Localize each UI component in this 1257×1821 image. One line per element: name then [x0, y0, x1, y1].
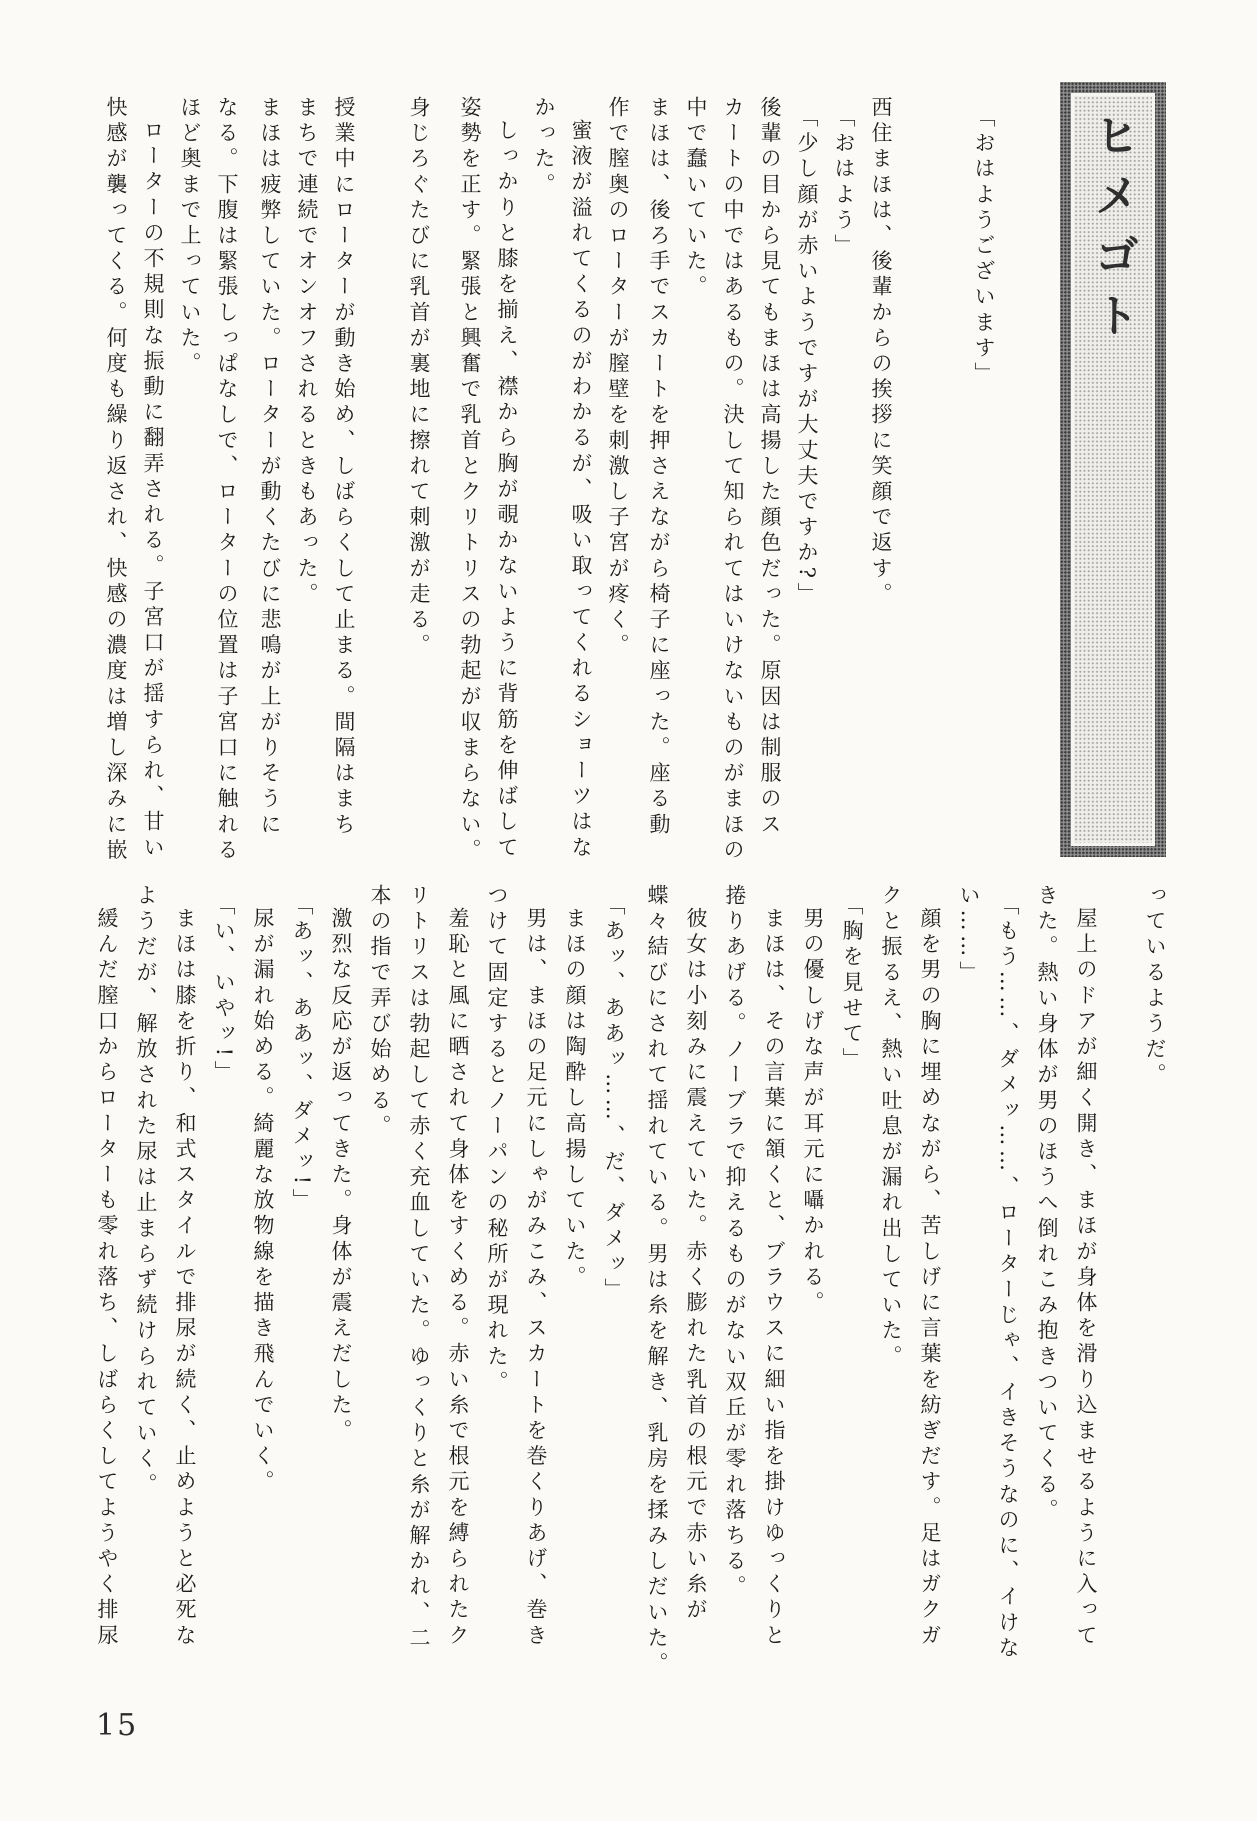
title-box-halftone-panel: ヒメゴト	[1071, 93, 1155, 846]
text-column: 蜜液が溢れてくるのがわかるが、吸い取ってくれるショーツはな	[562, 96, 599, 868]
text-column: ほど奥まで上っていた。	[171, 96, 208, 868]
page-title: ヒメゴト	[1081, 112, 1146, 352]
text-column: 「少し顔が赤いようですが大丈夫ですか?」	[788, 96, 825, 868]
text-column: 「もう……、ダメッ……、ローターじゃ、イきそうなのに、イけな	[988, 884, 1027, 1684]
text-column: 尿が漏れ始める。綺麗な放物線を描き飛んでいく。	[243, 884, 282, 1684]
text-column: まほは、後ろ手でスカートを押さえながら椅子に座った。座る動	[640, 96, 677, 868]
text-column: い……」	[949, 884, 988, 1684]
text-column: リトリスは勃起して赤く充血していた。ゆっくりと糸が解かれ、二	[399, 884, 438, 1684]
text-column: 蝶々結びにされて揺れている。男は糸を解き、乳房を揉みしだいた。	[637, 884, 676, 1684]
text-column: かった。	[525, 96, 562, 868]
text-column: 快感が襲ってくる。何度も繰り返され、快感の濃度は増し深みに嵌	[97, 96, 134, 868]
text-column: きた。熱い身体が男のほうへ倒れこみ抱きついてくる。	[1027, 884, 1066, 1684]
text-column: 「胸を見せて」	[832, 884, 871, 1684]
title-box: ヒメゴト	[1060, 82, 1166, 857]
text-column: 「い、いやッ!」	[204, 884, 243, 1684]
text-column: 「おはようございます」	[965, 96, 1002, 868]
text-column: 「おはよう」	[825, 96, 862, 868]
text-column: 顔を男の胸に埋めながら、苦しげに言葉を紡ぎだす。足はガクガ	[910, 884, 949, 1684]
text-block-bottom: っているようだ。屋上のドアが細く開き、まほが身体を滑り込ませるように入ってきた。…	[87, 884, 1174, 1684]
text-column: 緩んだ膣口からローターも零れ落ち、しばらくしてようやく排尿	[87, 884, 126, 1684]
text-column: ようだが、解放された尿は止まらず続けられていく。	[126, 884, 165, 1684]
text-column: 後輩の目から見てもまほは高揚した顔色だった。原因は制服のス	[751, 96, 788, 868]
text-column: まほの顔は陶酔し高揚していた。	[555, 884, 594, 1684]
text-column: 作で膣奥のローターが膣壁を刺激し子宮が疼く。	[599, 96, 636, 868]
text-column: 激烈な反応が返ってきた。身体が震えだした。	[321, 884, 360, 1684]
text-column: なる。下腹は緊張しっぱなしで、ローターの位置は子宮口に触れる	[208, 96, 245, 868]
text-column: カートの中ではあるもの。決して知られてはいけないものがまほの	[714, 96, 751, 868]
text-column: クと振るえ、熱い吐息が漏れ出していた。	[871, 884, 910, 1684]
text-column: 捲りあげる。ノーブラで抑えるものがない双丘が零れ落ちる。	[715, 884, 754, 1684]
text-column: 西住まほは、後輩からの挨拶に笑顔で返す。	[862, 96, 899, 868]
text-column: 男の優しげな声が耳元に囁かれる。	[793, 884, 832, 1684]
doujin-scan-page: ヒメゴト 「おはようございます」西住まほは、後輩からの挨拶に笑顔で返す。「おはよ…	[0, 0, 1257, 1821]
text-column: 屋上のドアが細く開き、まほが身体を滑り込ませるように入って	[1066, 884, 1105, 1684]
text-column: 本の指で弄び始める。	[360, 884, 399, 1684]
page-number: 15	[96, 1708, 138, 1743]
text-column: っているようだ。	[1135, 884, 1174, 1684]
text-column: 「あッ、ああッ……、だ、ダメッ」	[594, 884, 633, 1684]
text-column: まほは疲弊していた。ローターが動くたびに悲鳴が上がりそうに	[251, 96, 288, 868]
text-column: 男は、まほの足元にしゃがみこみ、スカートを巻くりあげ、巻き	[516, 884, 555, 1684]
text-column: つけて固定するとノーパンの秘所が現れた。	[477, 884, 516, 1684]
text-column: まちで連続でオンオフされるときもあった。	[288, 96, 325, 868]
text-column: 中で蠢いていた。	[677, 96, 714, 868]
text-column: 彼女は小刻みに震えていた。赤く膨れた乳首の根元で赤い糸が	[676, 884, 715, 1684]
text-column: ローターの不規則な振動に翻弄される。子宮口が揺すられ、甘い	[134, 96, 171, 868]
text-column: 姿勢を正す。緊張と興奮で乳首とクリトリスの勃起が収まらない。	[451, 96, 488, 868]
text-column: 「あッ、ああッ、ダメッ!」	[282, 884, 321, 1684]
text-column: まほは膝を折り、和式スタイルで排尿が続く、止めようと必死な	[165, 884, 204, 1684]
text-column: しっかりと膝を揃え、襟から胸が覗かないように背筋を伸ばして	[488, 96, 525, 868]
text-column: 身じろぐたびに乳首が裏地に擦れて刺激が走る。	[400, 96, 437, 868]
text-column: 羞恥と風に晒されて身体をすくめる。赤い糸で根元を縛られたク	[438, 884, 477, 1684]
text-column: まほは、その言葉に頷くと、ブラウスに細い指を掛けゆっくりと	[754, 884, 793, 1684]
text-column: 授業中にローターが動き始め、しばらくして止まる。間隔はまち	[325, 96, 362, 868]
text-block-top: 「おはようございます」西住まほは、後輩からの挨拶に笑顔で返す。「おはよう」「少し…	[97, 96, 1002, 868]
